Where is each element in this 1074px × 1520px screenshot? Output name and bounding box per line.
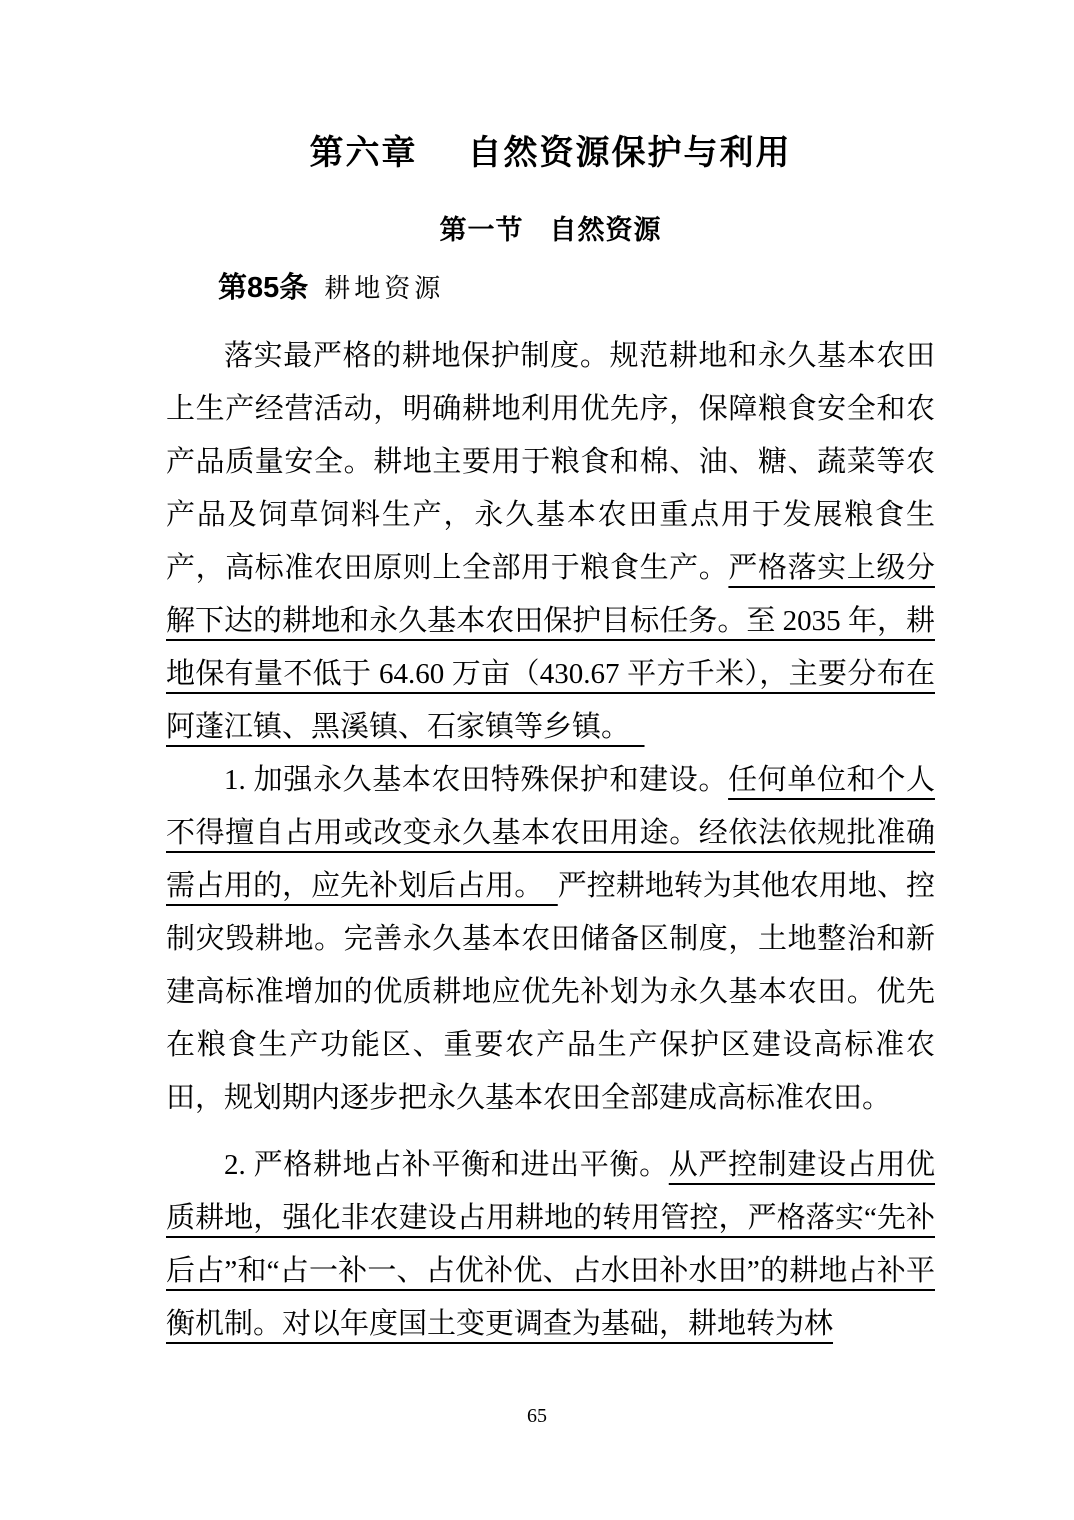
paragraph-3: 2. 严格耕地占补平衡和进出平衡。从严控制建设占用优质耕地，强化非农建设占用耕地… [166,1139,935,1351]
article-number: 第85条 [218,272,308,304]
section-heading: 第一节自然资源 [166,212,935,248]
text-run: 严控耕地转为其他农用地、控制灾毁耕地。完善永久基本农田储备区制度，土地整治和新建… [166,870,935,1114]
text-run: 1. 加强永久基本农田特殊保护和建设。 [224,764,728,796]
body-text: 落实最严格的耕地保护制度。规范耕地和永久基本农田上生产经营活动，明确耕地利用优先… [166,330,935,1351]
chapter-number: 第六章 [310,135,418,172]
section-title: 自然资源 [550,215,662,245]
page-number: 65 [0,1404,1074,1428]
paragraph-1: 落实最严格的耕地保护制度。规范耕地和永久基本农田上生产经营活动，明确耕地利用优先… [166,330,935,754]
chapter-title: 自然资源保护与利用 [468,135,792,172]
paragraph-2: 1. 加强永久基本农田特殊保护和建设。任何单位和个人不得擅自占用或改变永久基本农… [166,754,935,1125]
section-number: 第一节 [440,215,524,245]
chapter-heading: 第六章自然资源保护与利用 [166,130,935,178]
text-run: 2. 严格耕地占补平衡和进出平衡。 [224,1149,669,1181]
text-run: 落实最严格的耕地保护制度。规范耕地和永久基本农田上生产经营活动，明确耕地利用优先… [166,340,935,584]
document-page: 第六章自然资源保护与利用 第一节自然资源 第85条耕地资源 落实最严格的耕地保护… [0,0,1074,1520]
article-heading: 第85条耕地资源 [166,268,935,312]
article-title: 耕地资源 [324,274,444,303]
